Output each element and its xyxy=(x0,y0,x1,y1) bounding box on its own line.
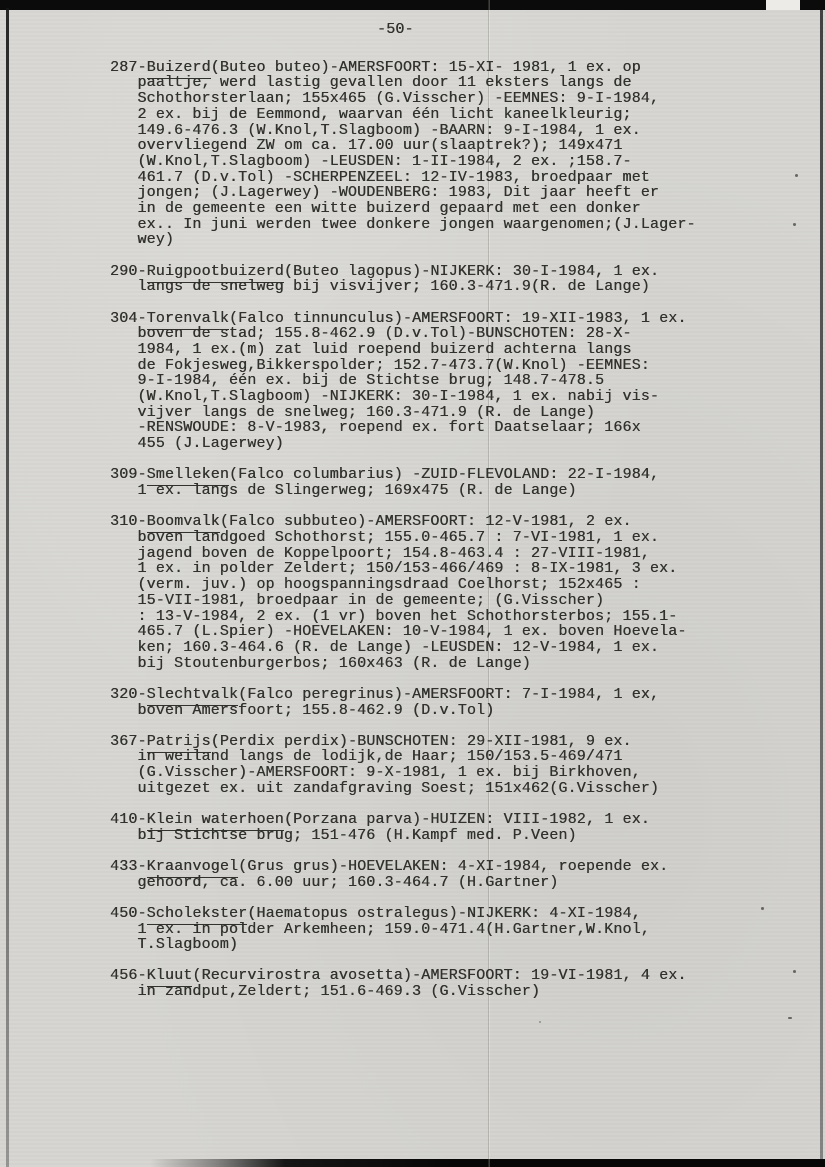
entry-text-line: T.Slagboom) xyxy=(110,937,770,953)
entry-text-line: bij Stoutenburgerbos; 160x463 (R. de Lan… xyxy=(110,656,770,672)
entry-text-line: 1 ex. langs de Slingerweg; 169x475 (R. d… xyxy=(110,483,770,499)
scan-speck xyxy=(539,1021,541,1023)
scan-speck xyxy=(795,174,798,177)
entry-text-line: (W.Knol,T.Slagboom) -NIJKERK: 30-I-1984,… xyxy=(110,389,770,405)
species-entry: 450-Scholekster(Haematopus ostralegus)-N… xyxy=(110,906,770,953)
species-entry: 456-Kluut(Recurvirostra avosetta)-AMERSF… xyxy=(110,968,770,999)
entry-text-line: in zandput,Zeldert; 151.6-469.3 (G.Vissc… xyxy=(110,984,770,1000)
entry-first-line-text: (Buteo lagopus)-NIJKERK: 30-I-1984, 1 ex… xyxy=(284,263,659,280)
entry-text-line: in de gemeente een witte buizerd gepaard… xyxy=(110,201,770,217)
entry-number: 310- xyxy=(110,513,147,530)
entry-first-line-text: (Falco tinnunculus)-AMERSFOORT: 19-XII-1… xyxy=(229,310,687,327)
entry-text-line: 1 ex. in polder Zeldert; 150/153-466/469… xyxy=(110,561,770,577)
entry-number: 450- xyxy=(110,905,147,922)
entry-first-line: 450-Scholekster(Haematopus ostralegus)-N… xyxy=(110,906,770,922)
typewritten-content: -50- 287-Buizerd(Buteo buteo)-AMERSFOORT… xyxy=(110,22,770,1015)
entry-text-line: jagend boven de Koppelpoort; 154.8-463.4… xyxy=(110,546,770,562)
entry-text-line: overvliegend ZW om ca. 17.00 uur(slaaptr… xyxy=(110,138,770,154)
entry-text-line: wey) xyxy=(110,232,770,248)
entry-text-line: paaltje, werd lastig gevallen door 11 ek… xyxy=(110,75,770,91)
entry-text-line: (G.Visscher)-AMERSFOORT: 9-X-1981, 1 ex.… xyxy=(110,765,770,781)
scan-edge-right xyxy=(820,10,823,1167)
entry-text-line: boven de stad; 155.8-462.9 (D.v.Tol)-BUN… xyxy=(110,326,770,342)
entry-first-line: 304-Torenvalk(Falco tinnunculus)-AMERSFO… xyxy=(110,311,770,327)
species-entry: 367-Patrijs(Perdix perdix)-BUNSCHOTEN: 2… xyxy=(110,734,770,797)
entry-number: 309- xyxy=(110,466,147,483)
entry-first-line-text: (Porzana parva)-HUIZEN: VIII-1982, 1 ex. xyxy=(284,811,650,828)
entry-text-line: 1 ex. in polder Arkemheen; 159.0-471.4(H… xyxy=(110,922,770,938)
entry-text-line: -RENSWOUDE: 8-V-1983, roepend ex. fort D… xyxy=(110,420,770,436)
entry-text-line: vijver langs de snelweg; 160.3-471.9 (R.… xyxy=(110,405,770,421)
species-entry: 310-Boomvalk(Falco subbuteo)-AMERSFOORT:… xyxy=(110,514,770,671)
entry-first-line: 287-Buizerd(Buteo buteo)-AMERSFOORT: 15-… xyxy=(110,60,770,76)
entry-text-line: jongen; (J.Lagerwey) -WOUDENBERG: 1983, … xyxy=(110,185,770,201)
entry-first-line: 290-Ruigpootbuizerd(Buteo lagopus)-NIJKE… xyxy=(110,264,770,280)
entry-first-line-text: (Buteo buteo)-AMERSFOORT: 15-XI- 1981, 1… xyxy=(211,59,641,76)
entry-text-line: langs de snelweg bij visvijver; 160.3-47… xyxy=(110,279,770,295)
entry-text-line: (verm. juv.) op hoogspanningsdraad Coelh… xyxy=(110,577,770,593)
scan-edge-top xyxy=(0,0,825,10)
entry-number: 410- xyxy=(110,811,147,828)
entry-number: 304- xyxy=(110,310,147,327)
entry-text-line: (W.Knol,T.Slagboom) -LEUSDEN: 1-II-1984,… xyxy=(110,154,770,170)
species-entry: 309-Smelleken(Falco columbarius) -ZUID-F… xyxy=(110,467,770,498)
scan-speck xyxy=(793,223,796,226)
entry-text-line: : 13-V-1984, 2 ex. (1 vr) boven het Scho… xyxy=(110,609,770,625)
species-entry: 410-Klein waterhoen(Porzana parva)-HUIZE… xyxy=(110,812,770,843)
entry-first-line: 310-Boomvalk(Falco subbuteo)-AMERSFOORT:… xyxy=(110,514,770,530)
entries: 287-Buizerd(Buteo buteo)-AMERSFOORT: 15-… xyxy=(110,60,770,1000)
entry-number: 367- xyxy=(110,733,147,750)
entry-text-line: boven landgoed Schothorst; 155.0-465.7 :… xyxy=(110,530,770,546)
scan-speck xyxy=(793,970,796,973)
entry-first-line-text: (Falco subbuteo)-AMERSFOORT: 12-V-1981, … xyxy=(220,513,632,530)
entry-text-line: Schothorsterlaan; 155x465 (G.Visscher) -… xyxy=(110,91,770,107)
entry-number: 287- xyxy=(110,59,147,76)
entry-text-line: 455 (J.Lagerwey) xyxy=(110,436,770,452)
entry-first-line-text: (Recurvirostra avosetta)-AMERSFOORT: 19-… xyxy=(192,967,686,984)
entry-first-line-text: (Falco peregrinus)-AMERSFOORT: 7-I-1984,… xyxy=(238,686,659,703)
scanned-page: -50- 287-Buizerd(Buteo buteo)-AMERSFOORT… xyxy=(0,0,825,1167)
entry-text-line: 461.7 (D.v.Tol) -SCHERPENZEEL: 12-IV-198… xyxy=(110,170,770,186)
entry-text-line: uitgezet ex. uit zandafgraving Soest; 15… xyxy=(110,781,770,797)
entry-text-line: gehoord, ca. 6.00 uur; 160.3-464.7 (H.Ga… xyxy=(110,875,770,891)
entry-text-line: bij Stichtse brug; 151-476 (H.Kampf med.… xyxy=(110,828,770,844)
entry-text-line: 9-I-1984, één ex. bij de Stichtse brug; … xyxy=(110,373,770,389)
scan-edge-top-notch xyxy=(766,0,800,10)
entry-first-line: 456-Kluut(Recurvirostra avosetta)-AMERSF… xyxy=(110,968,770,984)
entry-first-line: 433-Kraanvogel(Grus grus)-HOEVELAKEN: 4-… xyxy=(110,859,770,875)
page-number: -50- xyxy=(377,22,770,38)
species-entry: 287-Buizerd(Buteo buteo)-AMERSFOORT: 15-… xyxy=(110,60,770,248)
entry-text-line: 1984, 1 ex.(m) zat luid roepend buizerd … xyxy=(110,342,770,358)
entry-number: 433- xyxy=(110,858,147,875)
scan-speck xyxy=(788,1017,792,1019)
entry-text-line: boven Amersfoort; 155.8-462.9 (D.v.Tol) xyxy=(110,703,770,719)
entry-first-line-text: (Grus grus)-HOEVELAKEN: 4-XI-1984, roepe… xyxy=(238,858,668,875)
entry-text-line: de Fokjesweg,Bikkerspolder; 152.7-473.7(… xyxy=(110,358,770,374)
entry-first-line: 320-Slechtvalk(Falco peregrinus)-AMERSFO… xyxy=(110,687,770,703)
entry-number: 320- xyxy=(110,686,147,703)
species-entry: 304-Torenvalk(Falco tinnunculus)-AMERSFO… xyxy=(110,311,770,452)
entry-text-line: 465.7 (L.Spier) -HOEVELAKEN: 10-V-1984, … xyxy=(110,624,770,640)
entry-number: 290- xyxy=(110,263,147,280)
entry-number: 456- xyxy=(110,967,147,984)
entry-text-line: 15-VII-1981, broedpaar in de gemeente; (… xyxy=(110,593,770,609)
entry-first-line: 309-Smelleken(Falco columbarius) -ZUID-F… xyxy=(110,467,770,483)
entry-text-line: ken; 160.3-464.6 (R. de Lange) -LEUSDEN:… xyxy=(110,640,770,656)
species-entry: 320-Slechtvalk(Falco peregrinus)-AMERSFO… xyxy=(110,687,770,718)
entry-first-line-text: (Falco columbarius) -ZUID-FLEVOLAND: 22-… xyxy=(229,466,659,483)
entry-first-line: 367-Patrijs(Perdix perdix)-BUNSCHOTEN: 2… xyxy=(110,734,770,750)
species-entry: 290-Ruigpootbuizerd(Buteo lagopus)-NIJKE… xyxy=(110,264,770,295)
species-entry: 433-Kraanvogel(Grus grus)-HOEVELAKEN: 4-… xyxy=(110,859,770,890)
entry-first-line: 410-Klein waterhoen(Porzana parva)-HUIZE… xyxy=(110,812,770,828)
entry-first-line-text: (Haematopus ostralegus)-NIJKERK: 4-XI-19… xyxy=(247,905,641,922)
scan-edge-left xyxy=(6,8,9,1167)
entry-text-line: 2 ex. bij de Eemmond, waarvan één licht … xyxy=(110,107,770,123)
entry-text-line: in weiland langs de lodijk,de Haar; 150/… xyxy=(110,749,770,765)
entry-text-line: ex.. In juni werden twee donkere jongen … xyxy=(110,217,770,233)
entry-first-line-text: (Perdix perdix)-BUNSCHOTEN: 29-XII-1981,… xyxy=(211,733,632,750)
entry-text-line: 149.6-476.3 (W.Knol,T.Slagboom) -BAARN: … xyxy=(110,123,770,139)
